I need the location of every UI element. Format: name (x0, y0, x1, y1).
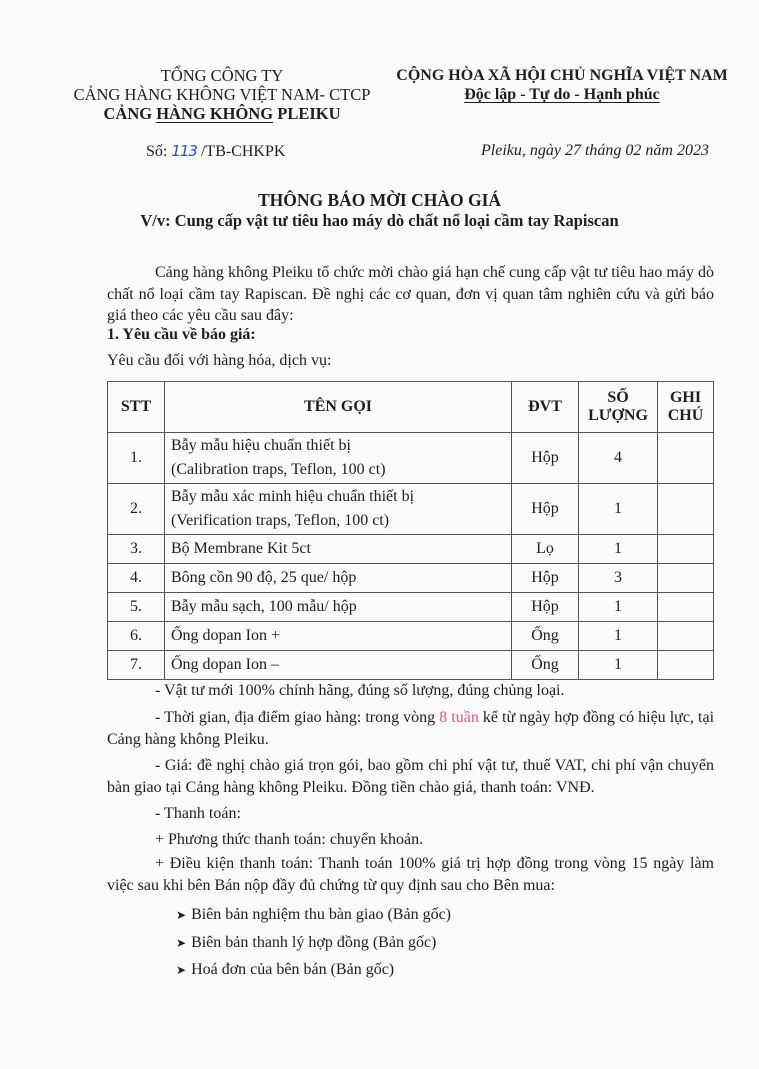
table-row: 2. Bẫy mẫu xác minh hiệu chuẩn thiết bị(… (108, 484, 714, 535)
document-page: TỔNG CÔNG TY CẢNG HÀNG KHÔNG VIỆT NAM- C… (0, 0, 759, 1069)
handwritten-number: 113 (171, 142, 197, 160)
parent-company: TỔNG CÔNG TY (62, 66, 382, 85)
list-item: ➤Biên bản thanh lý hợp đồng (Bản gốc) (176, 933, 451, 961)
term-delivery: - Thời gian, địa điểm giao hàng: trong v… (107, 707, 714, 750)
table-row: 6. Ống dopan Ion + Ống 1 (108, 622, 714, 651)
term-payment: - Thanh toán: (107, 803, 714, 825)
table-row: 4. Bông cồn 90 độ, 25 que/ hộp Hộp 3 (108, 564, 714, 593)
list-item: ➤Biên bản nghiệm thu bàn giao (Bản gốc) (176, 905, 451, 933)
term-quality: - Vật tư mới 100% chính hãng, đúng số lư… (107, 680, 714, 702)
issuing-unit: CẢNG HÀNG KHÔNG PLEIKU (62, 104, 382, 123)
header-stt: STT (108, 382, 165, 433)
document-title: THÔNG BÁO MỜI CHÀO GIÁ (0, 190, 759, 211)
arrow-bullet-icon: ➤ (176, 908, 186, 922)
delivery-period-highlight: 8 tuần (439, 709, 479, 726)
section-heading: 1. Yêu cầu về báo giá: (107, 326, 256, 344)
items-table: STT TÊN GỌI ĐVT SỐLƯỢNG GHI CHÚ 1. Bẫy m… (107, 381, 714, 680)
term-payment-method: + Phương thức thanh toán: chuyển khoản. (107, 829, 714, 851)
table-header-row: STT TÊN GỌI ĐVT SỐLƯỢNG GHI CHÚ (108, 382, 714, 433)
requirements-label: Yêu cầu đối với hàng hóa, dịch vụ: (107, 352, 331, 370)
header-quantity: SỐLƯỢNG (579, 382, 658, 433)
table-row: 7. Ống dopan Ion – Ống 1 (108, 651, 714, 680)
place-date: Pleiku, ngày 27 tháng 02 năm 2023 (481, 142, 709, 160)
issuer-header: TỔNG CÔNG TY CẢNG HÀNG KHÔNG VIỆT NAM- C… (62, 66, 382, 123)
required-documents-list: ➤Biên bản nghiệm thu bàn giao (Bản gốc) … (176, 905, 451, 988)
table-row: 5. Bẫy mẫu sạch, 100 mẫu/ hộp Hộp 1 (108, 593, 714, 622)
arrow-bullet-icon: ➤ (176, 936, 186, 950)
national-header: CỘNG HÒA XÃ HỘI CHỦ NGHĨA VIỆT NAM Độc l… (392, 66, 732, 104)
intro-paragraph: Cảng hàng không Pleiku tổ chức mời chào … (107, 262, 714, 327)
document-number: Số: 113 /TB-CHKPK (146, 142, 285, 161)
table-row: 3. Bộ Membrane Kit 5ct Lọ 1 (108, 535, 714, 564)
document-subtitle: V/v: Cung cấp vật tư tiêu hao máy dò chấ… (0, 211, 759, 231)
list-item: ➤Hoá đơn của bên bán (Bản gốc) (176, 960, 451, 988)
country-name: CỘNG HÒA XÃ HỘI CHỦ NGHĨA VIỆT NAM (392, 66, 732, 85)
corporation-name: CẢNG HÀNG KHÔNG VIỆT NAM- CTCP (62, 85, 382, 104)
header-note: GHI CHÚ (658, 382, 714, 433)
arrow-bullet-icon: ➤ (176, 963, 186, 977)
term-price: - Giá: đề nghị chào giá trọn gói, bao gồ… (107, 755, 714, 798)
header-unit: ĐVT (512, 382, 579, 433)
table-row: 1. Bẫy mẫu hiệu chuẩn thiết bị(Calibrati… (108, 433, 714, 484)
header-name: TÊN GỌI (165, 382, 512, 433)
national-motto: Độc lập - Tự do - Hạnh phúc (392, 85, 732, 104)
term-payment-condition: + Điều kiện thanh toán: Thanh toán 100% … (107, 853, 714, 896)
